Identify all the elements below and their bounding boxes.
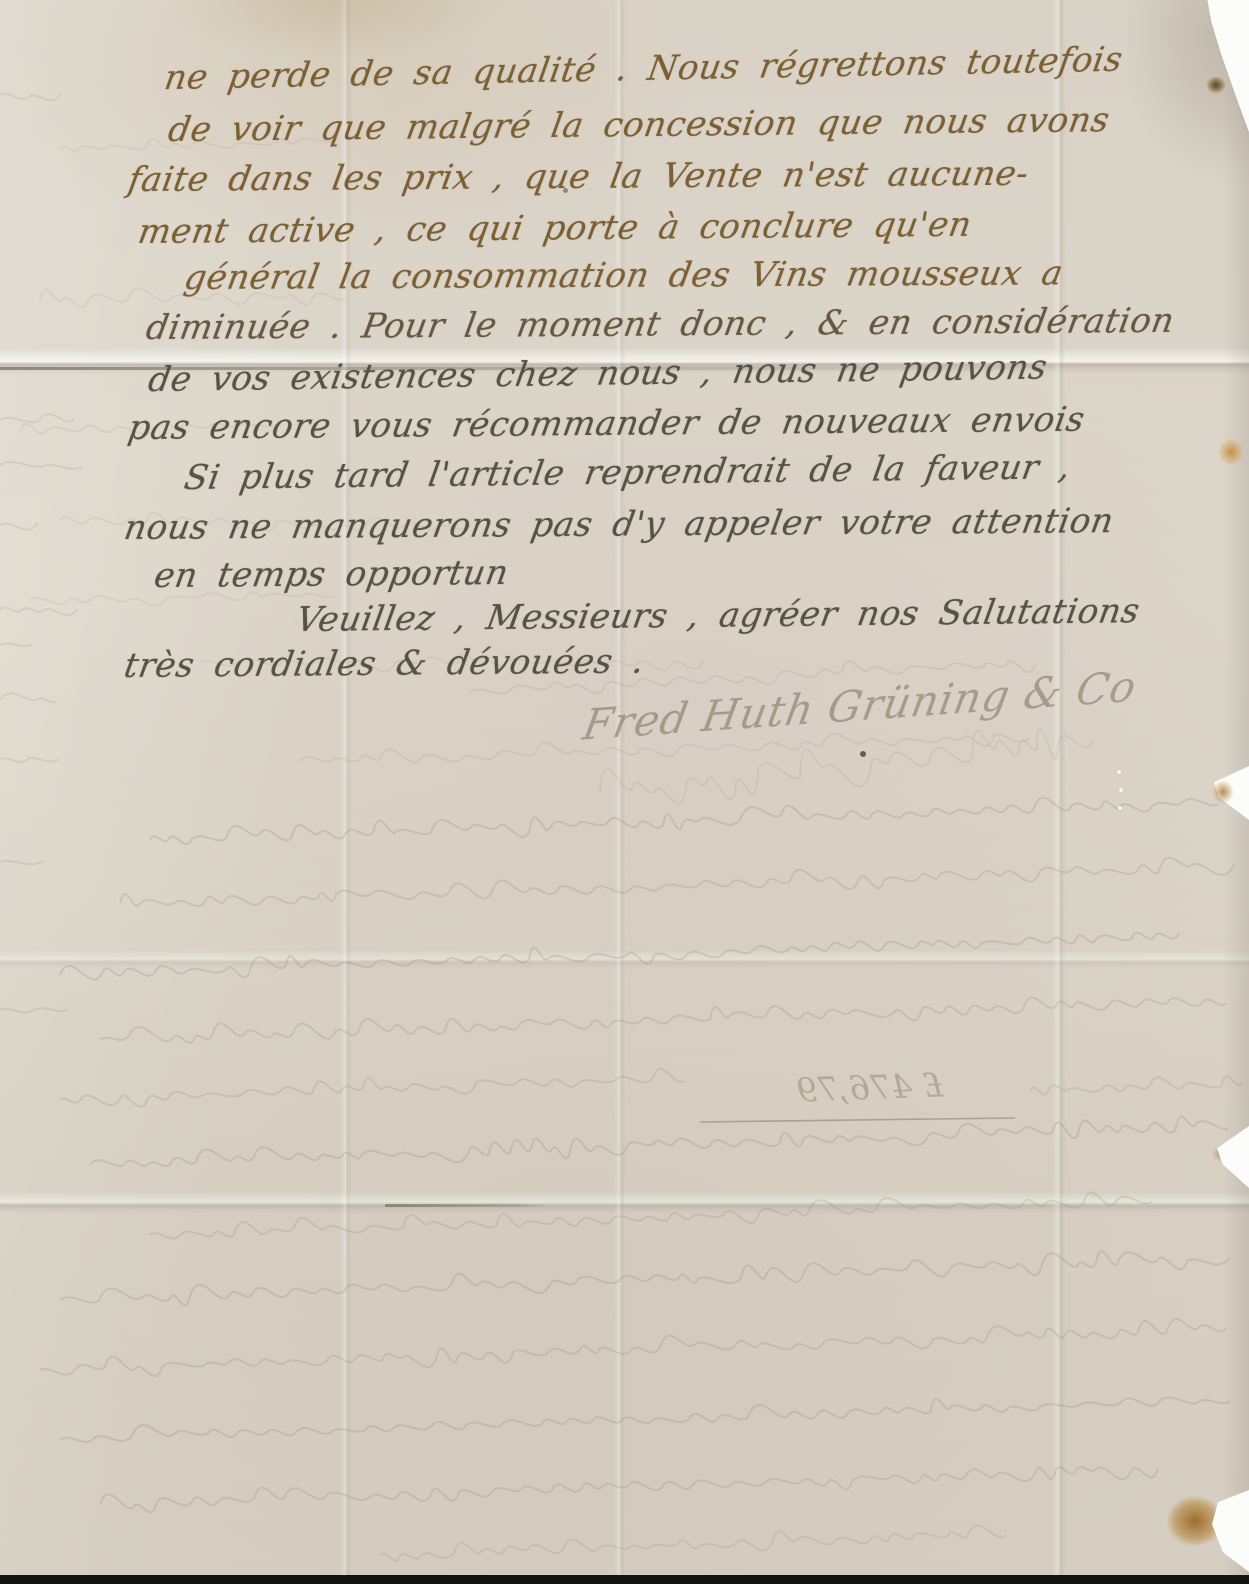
letter-line: Si plus tard l'article reprendrait de la…: [181, 447, 1073, 498]
scanned-letter-page: £ 476,79 ne perde de sa qualité . Nous r…: [0, 0, 1249, 1584]
letter-line: de voir que malgré la concession que nou…: [165, 100, 1112, 150]
bleedthrough-line: [60, 925, 1180, 984]
bleedthrough-line: [100, 988, 1227, 1049]
bleedthrough-line: [0, 94, 61, 101]
smudge-stain: [168, 0, 498, 58]
bleedthrough-amount: £ 476,79: [729, 1063, 1010, 1112]
bleedthrough-line: [90, 1114, 1229, 1175]
signature: Fred Huth Grüning & Co: [579, 661, 1140, 749]
bleedthrough-line: [40, 1316, 1226, 1380]
horizontal-fold-crease: [0, 1192, 1249, 1214]
bleedthrough-line: [0, 643, 33, 646]
letter-line: Veuillez , Messieurs , agréer nos Saluta…: [293, 591, 1142, 640]
bleedthrough-line: [150, 1188, 1152, 1244]
letter-line: très cordiales & dévouées .: [121, 641, 647, 686]
pinhole: [1117, 770, 1121, 774]
letter-line: de vos existences chez nous , nous ne po…: [146, 347, 1051, 400]
fold-crease-line: [385, 1204, 550, 1207]
bleedthrough-line: [100, 1456, 1159, 1515]
scanner-edge: [0, 1575, 1249, 1584]
bleedthrough-line: [120, 855, 1235, 915]
bleedthrough-line: [60, 1387, 1230, 1445]
pinhole: [1119, 788, 1123, 792]
letter-line: diminuée . Pour le moment donc , & en co…: [143, 301, 1177, 348]
bleedthrough-line: [60, 1067, 685, 1110]
letter-line: ment active , ce qui porte à conclure qu…: [135, 205, 974, 252]
bleedthrough-line: [0, 607, 77, 615]
letter-line: général la consommation des Vins mousseu…: [181, 253, 1066, 298]
ink-speck: [860, 751, 866, 757]
bleedthrough-line: [0, 758, 60, 762]
ink-speck: [563, 188, 568, 193]
bleedthrough-line: [0, 861, 44, 865]
letter-line: en temps opportun: [151, 553, 511, 596]
bleedthrough-line: [380, 1524, 1007, 1564]
bleedthrough-line: [0, 693, 57, 702]
pinhole: [1118, 806, 1122, 810]
letter-paper: £ 476,79 ne perde de sa qualité . Nous r…: [0, 0, 1249, 1576]
letter-line: pas encore vous récommander de nouveaux …: [125, 400, 1087, 448]
vertical-fold-crease: [1052, 0, 1066, 1576]
letter-line: nous ne manquerons pas d'y appeler votre…: [121, 501, 1117, 548]
bleedthrough-line: [1030, 1074, 1243, 1095]
bleedthrough-underline: [700, 1118, 1015, 1122]
bleedthrough-line: [0, 414, 75, 422]
bleedthrough-line: [150, 791, 1220, 850]
bleedthrough-line: [60, 1247, 1230, 1310]
horizontal-fold-crease: [0, 950, 1249, 968]
bleedthrough-line: [0, 523, 38, 530]
bleedthrough-line: [0, 1008, 68, 1012]
letter-line: faite dans les prix , que la Vente n'est…: [125, 154, 1031, 200]
bleedthrough-line: [0, 462, 82, 469]
